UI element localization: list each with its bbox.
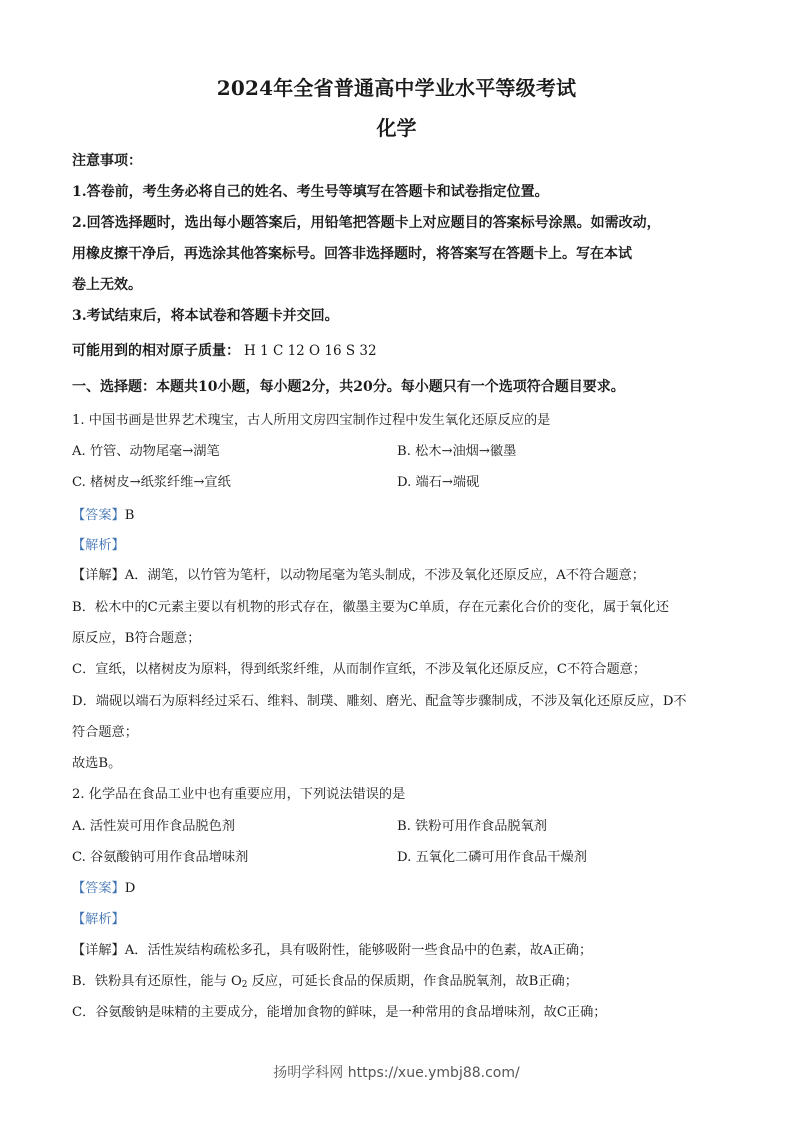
- detail-text: 反应，可延长食品的保质期，作食品脱氧剂，故B正确；: [252, 974, 578, 989]
- question-1-detail-3: 原反应，B符合题意；: [72, 630, 200, 648]
- atomic-mass-values: H 1 C 12 O 16 S 32: [244, 343, 377, 359]
- answer-value: D: [125, 881, 136, 896]
- question-1-option-d: D. 端石→端砚: [397, 474, 479, 492]
- question-1-detail-2: B．松木中的C元素主要以有机物的形式存在，徽墨主要为C单质，存在元素化合价的变化…: [72, 599, 669, 617]
- watermark-footer: 扬明学科网 https://xue.ymbj88.com/: [0, 1062, 793, 1082]
- detail-tag: 【详解】: [72, 568, 125, 583]
- question-2-option-c: C. 谷氨酸钠可用作食品增味剂: [72, 849, 248, 867]
- question-2-option-b: B. 铁粉可用作食品脱氧剂: [397, 818, 547, 836]
- question-2-detail-3: C．谷氨酸钠是味精的主要成分，能增加食物的鲜味，是一种常用的食品增味剂，故C正确…: [72, 1004, 607, 1022]
- notice-heading: 注意事项：: [72, 152, 142, 170]
- subject-title: 化学: [0, 112, 793, 141]
- question-1-analysis-tag: 【解析】: [72, 537, 125, 555]
- answer-value: B: [125, 508, 135, 523]
- answer-tag: 【答案】: [72, 881, 125, 896]
- section-heading: 一、选择题：本题共10小题，每小题2分，共20分。每小题只有一个选项符合题目要求…: [72, 378, 625, 396]
- question-1-option-c: C. 楮树皮→纸浆纤维→宣纸: [72, 474, 231, 492]
- question-2-detail-1: 【详解】A．活性炭结构疏松多孔，具有吸附性，能够吸附一些食品中的色素，故A正确；: [72, 942, 592, 960]
- notice-item-2: 2.回答选择题时，选出每小题答案后，用铅笔把答题卡上对应题目的答案标号涂黑。如需…: [72, 214, 661, 232]
- detail-text: A．活性炭结构疏松多孔，具有吸附性，能够吸附一些食品中的色素，故A正确；: [125, 943, 592, 958]
- question-2-option-d: D. 五氧化二磷可用作食品干燥剂: [397, 849, 587, 867]
- question-2-option-a: A. 活性炭可用作食品脱色剂: [72, 818, 235, 836]
- notice-item-2-cont2: 卷上无效。: [72, 276, 142, 294]
- answer-tag: 【答案】: [72, 508, 125, 523]
- question-1-conclusion: 故选B。: [72, 755, 121, 773]
- exam-page: 2024年全省普通高中学业水平等级考试 化学 注意事项： 1.答卷前，考生务必将…: [0, 0, 793, 1122]
- question-1-detail-4: C．宣纸，以楮树皮为原料，得到纸浆纤维，从而制作宣纸，不涉及氧化还原反应，C不符…: [72, 661, 646, 679]
- question-2-detail-2: B．铁粉具有还原性，能与 O2 反应，可延长食品的保质期，作食品脱氧剂，故B正确…: [72, 973, 578, 991]
- question-2-analysis-tag: 【解析】: [72, 911, 125, 929]
- question-2-answer: 【答案】D: [72, 880, 135, 898]
- question-1-detail-5: D．端砚以端石为原料经过采石、维料、制璞、雕刻、磨光、配盒等步骤制成，不涉及氧化…: [72, 693, 687, 711]
- notice-item-2-cont: 用橡皮擦干净后，再选涂其他答案标号。回答非选择题时，将答案写在答题卡上。写在本试: [72, 245, 632, 263]
- exam-title: 2024年全省普通高中学业水平等级考试: [0, 72, 793, 101]
- detail-text: A．湖笔，以竹管为笔杆，以动物尾毫为笔头制成，不涉及氧化还原反应，A不符合题意；: [125, 568, 645, 583]
- question-2-stem: 2. 化学品在食品工业中也有重要应用，下列说法错误的是: [72, 786, 405, 804]
- formula-o2: O2: [231, 974, 248, 989]
- atomic-mass-label: 可能用到的相对原子质量：: [72, 343, 240, 359]
- atomic-mass-row: 可能用到的相对原子质量：H 1 C 12 O 16 S 32: [72, 342, 377, 361]
- notice-item-1: 1.答卷前，考生务必将自己的姓名、考生号等填写在答题卡和试卷指定位置。: [72, 183, 549, 201]
- question-1-detail-6: 符合题意；: [72, 724, 138, 742]
- notice-item-3: 3.考试结束后，将本试卷和答题卡并交回。: [72, 307, 339, 325]
- question-1-answer: 【答案】B: [72, 507, 134, 525]
- question-1-detail-1: 【详解】A．湖笔，以竹管为笔杆，以动物尾毫为笔头制成，不涉及氧化还原反应，A不符…: [72, 567, 645, 585]
- detail-text: B．铁粉具有还原性，能与: [72, 974, 227, 989]
- question-1-option-b: B. 松木→油烟→徽墨: [397, 443, 516, 461]
- detail-tag: 【详解】: [72, 943, 125, 958]
- question-1-stem: 1. 中国书画是世界艺术瑰宝，古人所用文房四宝制作过程中发生氧化还原反应的是: [72, 412, 550, 430]
- question-1-option-a: A. 竹管、动物尾毫→湖笔: [72, 443, 220, 461]
